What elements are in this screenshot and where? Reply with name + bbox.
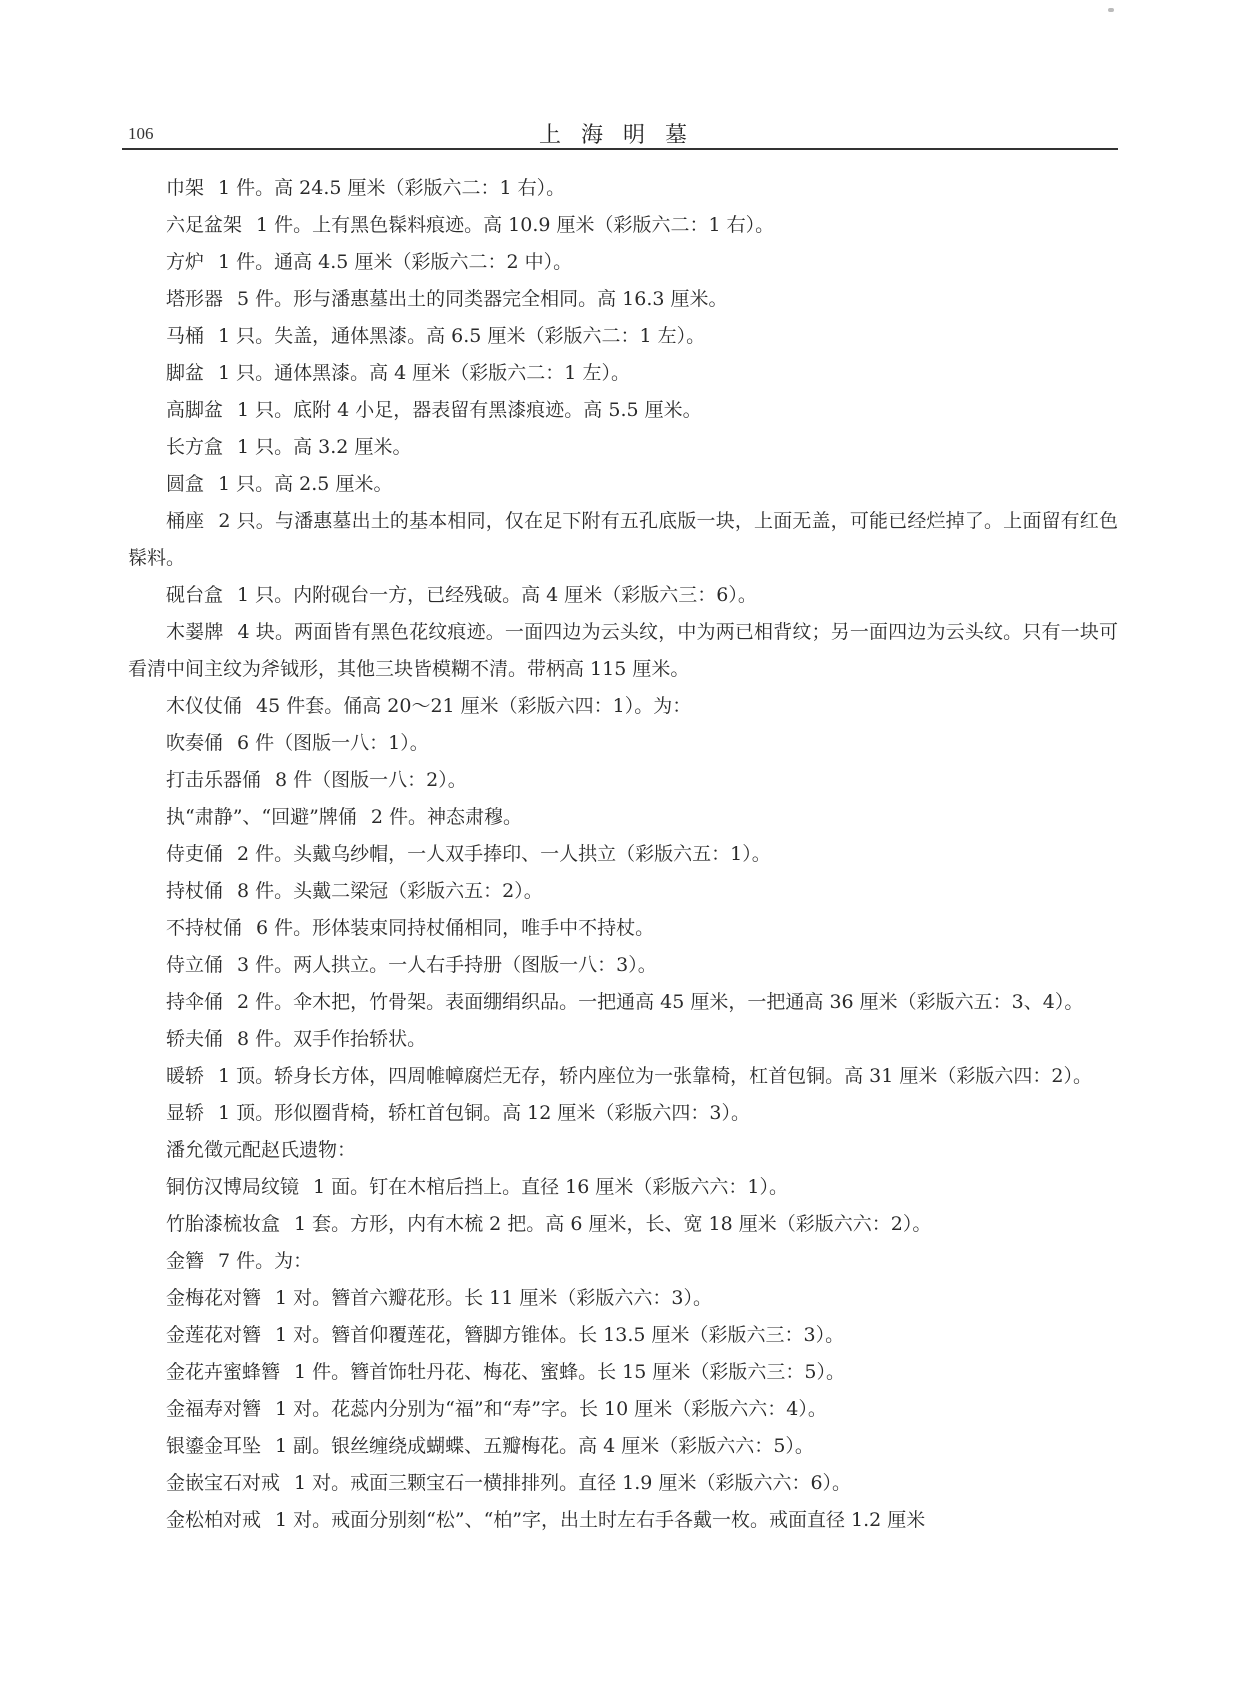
- item-term: 侍吏俑: [166, 843, 223, 865]
- item-description: 1 对。花蕊内分别为“福”和“寿”字。长 10 厘米（彩版六六：4）。: [275, 1398, 827, 1420]
- paragraph: 执“肃静”、“回避”牌俑2 件。神态肃穆。: [128, 799, 1118, 836]
- paragraph: 金莲花对簪1 对。簪首仰覆莲花，簪脚方锥体。长 13.5 厘米（彩版六三：3）。: [128, 1317, 1118, 1354]
- paragraph: 竹胎漆梳妆盒1 套。方形，内有木梳 2 把。高 6 厘米，长、宽 18 厘米（彩…: [128, 1206, 1118, 1243]
- item-term: 巾架: [166, 177, 204, 199]
- paragraph: 砚台盒1 只。内附砚台一方，已经残破。高 4 厘米（彩版六三：6）。: [128, 577, 1118, 614]
- item-term: 圆盒: [166, 473, 204, 495]
- paragraph: 轿夫俑8 件。双手作抬轿状。: [128, 1021, 1118, 1058]
- item-term: 竹胎漆梳妆盒: [166, 1213, 280, 1235]
- item-term: 轿夫俑: [166, 1028, 223, 1050]
- paragraph: 金簪7 件。为：: [128, 1243, 1118, 1280]
- scan-speck: [1108, 8, 1114, 12]
- item-description: 1 对。戒面分别刻“松”、“柏”字，出土时左右手各戴一枚。戒面直径 1.2 厘米: [275, 1509, 925, 1531]
- item-description: 1 件。通高 4.5 厘米（彩版六二：2 中）。: [218, 251, 572, 273]
- item-description: 1 面。钉在木棺后挡上。直径 16 厘米（彩版六六：1）。: [313, 1176, 788, 1198]
- paragraph: 方炉1 件。通高 4.5 厘米（彩版六二：2 中）。: [128, 244, 1118, 281]
- item-term: 银鎏金耳坠: [166, 1435, 261, 1457]
- item-description: 1 顶。轿身长方体，四周帷幛腐烂无存，轿内座位为一张靠椅，杠首包铜。高 31 厘…: [218, 1065, 1092, 1087]
- item-description: 1 只。失盖，通体黑漆。高 6.5 厘米（彩版六二：1 左）。: [218, 325, 705, 347]
- item-term: 执“肃静”、“回避”牌俑: [166, 806, 357, 828]
- section-heading: 潘允徵元配赵氏遗物：: [128, 1132, 1118, 1169]
- paragraph: 铜仿汉博局纹镜1 面。钉在木棺后挡上。直径 16 厘米（彩版六六：1）。: [128, 1169, 1118, 1206]
- body-text: 巾架1 件。高 24.5 厘米（彩版六二：1 右）。 六足盆架1 件。上有黑色髹…: [128, 170, 1118, 1539]
- item-term: 六足盆架: [166, 214, 242, 236]
- paragraph: 巾架1 件。高 24.5 厘米（彩版六二：1 右）。: [128, 170, 1118, 207]
- item-term: 木仪仗俑: [166, 695, 242, 717]
- item-description: 1 件。簪首饰牡丹花、梅花、蜜蜂。长 15 厘米（彩版六三：5）。: [294, 1361, 845, 1383]
- running-title: 上海明墓: [128, 118, 1118, 149]
- item-description: 1 套。方形，内有木梳 2 把。高 6 厘米，长、宽 18 厘米（彩版六六：2）…: [294, 1213, 931, 1235]
- paragraph: 持杖俑8 件。头戴二梁冠（彩版六五：2）。: [128, 873, 1118, 910]
- item-description: 1 对。簪首六瓣花形。长 11 厘米（彩版六六：3）。: [275, 1287, 712, 1309]
- item-term: 持伞俑: [166, 991, 223, 1013]
- item-term: 金簪: [166, 1250, 204, 1272]
- paragraph: 六足盆架1 件。上有黑色髹料痕迹。高 10.9 厘米（彩版六二：1 右）。: [128, 207, 1118, 244]
- item-term: 金花卉蜜蜂簪: [166, 1361, 280, 1383]
- paragraph: 不持杖俑6 件。形体装束同持杖俑相同，唯手中不持杖。: [128, 910, 1118, 947]
- paragraph: 长方盒1 只。高 3.2 厘米。: [128, 429, 1118, 466]
- paragraph: 木翣牌4 块。两面皆有黑色花纹痕迹。一面四边为云头纹，中为两已相背纹；另一面四边…: [128, 614, 1118, 688]
- paragraph: 塔形器5 件。形与潘惠墓出土的同类器完全相同。高 16.3 厘米。: [128, 281, 1118, 318]
- item-description: 3 件。两人拱立。一人右手持册（图版一八：3）。: [237, 954, 657, 976]
- item-description: 1 对。簪首仰覆莲花，簪脚方锥体。长 13.5 厘米（彩版六三：3）。: [275, 1324, 844, 1346]
- paragraph: 圆盒1 只。高 2.5 厘米。: [128, 466, 1118, 503]
- paragraph: 高脚盆1 只。底附 4 小足，器表留有黑漆痕迹。高 5.5 厘米。: [128, 392, 1118, 429]
- item-term: 持杖俑: [166, 880, 223, 902]
- item-term: 方炉: [166, 251, 204, 273]
- paragraph: 金福寿对簪1 对。花蕊内分别为“福”和“寿”字。长 10 厘米（彩版六六：4）。: [128, 1391, 1118, 1428]
- item-description: 2 件。头戴乌纱帽，一人双手捧印、一人拱立（彩版六五：1）。: [237, 843, 771, 865]
- item-term: 金梅花对簪: [166, 1287, 261, 1309]
- item-term: 金松柏对戒: [166, 1509, 261, 1531]
- section-heading-text: 潘允徵元配赵氏遗物：: [166, 1139, 356, 1161]
- item-term: 打击乐器俑: [166, 769, 261, 791]
- item-term: 高脚盆: [166, 399, 223, 421]
- item-term: 木翣牌: [166, 621, 224, 643]
- item-term: 显轿: [166, 1102, 204, 1124]
- item-description: 2 件。神态肃穆。: [371, 806, 522, 828]
- page-header: 106 上海明墓: [128, 118, 1118, 148]
- paragraph: 暖轿1 顶。轿身长方体，四周帷幛腐烂无存，轿内座位为一张靠椅，杠首包铜。高 31…: [128, 1058, 1118, 1095]
- item-description: 1 只。高 2.5 厘米。: [218, 473, 392, 495]
- item-term: 不持杖俑: [166, 917, 242, 939]
- paragraph: 显轿1 顶。形似圈背椅，轿杠首包铜。高 12 厘米（彩版六四：3）。: [128, 1095, 1118, 1132]
- paragraph: 金花卉蜜蜂簪1 件。簪首饰牡丹花、梅花、蜜蜂。长 15 厘米（彩版六三：5）。: [128, 1354, 1118, 1391]
- item-description: 7 件。为：: [218, 1250, 312, 1272]
- item-description: 1 只。内附砚台一方，已经残破。高 4 厘米（彩版六三：6）。: [237, 584, 757, 606]
- item-term: 暖轿: [166, 1065, 204, 1087]
- paragraph: 银鎏金耳坠1 副。银丝缠绕成蝴蝶、五瓣梅花。高 4 厘米（彩版六六：5）。: [128, 1428, 1118, 1465]
- item-description: 6 件（图版一八：1）。: [237, 732, 429, 754]
- item-description: 8 件（图版一八：2）。: [275, 769, 467, 791]
- paragraph: 金松柏对戒1 对。戒面分别刻“松”、“柏”字，出土时左右手各戴一枚。戒面直径 1…: [128, 1502, 1118, 1539]
- paragraph: 木仪仗俑45 件套。俑高 20～21 厘米（彩版六四：1）。为：: [128, 688, 1118, 725]
- item-description: 1 件。高 24.5 厘米（彩版六二：1 右）。: [218, 177, 565, 199]
- item-term: 塔形器: [166, 288, 223, 310]
- item-description: 6 件。形体装束同持杖俑相同，唯手中不持杖。: [256, 917, 654, 939]
- item-description: 2 件。伞木把，竹骨架。表面绷绢织品。一把通高 45 厘米，一把通高 36 厘米…: [237, 991, 1083, 1013]
- paragraph: 马桶1 只。失盖，通体黑漆。高 6.5 厘米（彩版六二：1 左）。: [128, 318, 1118, 355]
- paragraph: 持伞俑2 件。伞木把，竹骨架。表面绷绢织品。一把通高 45 厘米，一把通高 36…: [128, 984, 1118, 1021]
- item-term: 金嵌宝石对戒: [166, 1472, 280, 1494]
- paragraph: 桶座2 只。与潘惠墓出土的基本相同，仅在足下附有五孔底版一块，上面无盖，可能已经…: [128, 503, 1118, 577]
- item-term: 金莲花对簪: [166, 1324, 261, 1346]
- item-description: 1 只。高 3.2 厘米。: [237, 436, 411, 458]
- item-description: 1 只。底附 4 小足，器表留有黑漆痕迹。高 5.5 厘米。: [237, 399, 702, 421]
- item-term: 侍立俑: [166, 954, 223, 976]
- item-term: 马桶: [166, 325, 204, 347]
- item-term: 金福寿对簪: [166, 1398, 261, 1420]
- item-description: 2 只。与潘惠墓出土的基本相同，仅在足下附有五孔底版一块，上面无盖，可能已经烂掉…: [128, 510, 1118, 569]
- item-description: 8 件。双手作抬轿状。: [237, 1028, 426, 1050]
- header-rule: [122, 148, 1118, 150]
- paragraph: 侍立俑3 件。两人拱立。一人右手持册（图版一八：3）。: [128, 947, 1118, 984]
- paragraph: 侍吏俑2 件。头戴乌纱帽，一人双手捧印、一人拱立（彩版六五：1）。: [128, 836, 1118, 873]
- item-term: 砚台盒: [166, 584, 223, 606]
- item-term: 铜仿汉博局纹镜: [166, 1176, 299, 1198]
- item-description: 1 副。银丝缠绕成蝴蝶、五瓣梅花。高 4 厘米（彩版六六：5）。: [275, 1435, 814, 1457]
- item-description: 1 顶。形似圈背椅，轿杠首包铜。高 12 厘米（彩版六四：3）。: [218, 1102, 750, 1124]
- item-term: 桶座: [166, 510, 204, 532]
- paragraph: 吹奏俑6 件（图版一八：1）。: [128, 725, 1118, 762]
- paragraph: 打击乐器俑8 件（图版一八：2）。: [128, 762, 1118, 799]
- paragraph: 金嵌宝石对戒1 对。戒面三颗宝石一横排排列。直径 1.9 厘米（彩版六六：6）。: [128, 1465, 1118, 1502]
- item-description: 45 件套。俑高 20～21 厘米（彩版六四：1）。为：: [256, 695, 691, 717]
- item-term: 脚盆: [166, 362, 204, 384]
- item-term: 长方盒: [166, 436, 223, 458]
- item-description: 5 件。形与潘惠墓出土的同类器完全相同。高 16.3 厘米。: [237, 288, 728, 310]
- item-description: 8 件。头戴二梁冠（彩版六五：2）。: [237, 880, 543, 902]
- item-description: 1 件。上有黑色髹料痕迹。高 10.9 厘米（彩版六二：1 右）。: [256, 214, 774, 236]
- item-description: 1 只。通体黑漆。高 4 厘米（彩版六二：1 左）。: [218, 362, 630, 384]
- item-description: 1 对。戒面三颗宝石一横排排列。直径 1.9 厘米（彩版六六：6）。: [294, 1472, 851, 1494]
- paragraph: 脚盆1 只。通体黑漆。高 4 厘米（彩版六二：1 左）。: [128, 355, 1118, 392]
- item-term: 吹奏俑: [166, 732, 223, 754]
- paragraph: 金梅花对簪1 对。簪首六瓣花形。长 11 厘米（彩版六六：3）。: [128, 1280, 1118, 1317]
- item-description: 4 块。两面皆有黑色花纹痕迹。一面四边为云头纹，中为两已相背纹；另一面四边为云头…: [128, 621, 1118, 680]
